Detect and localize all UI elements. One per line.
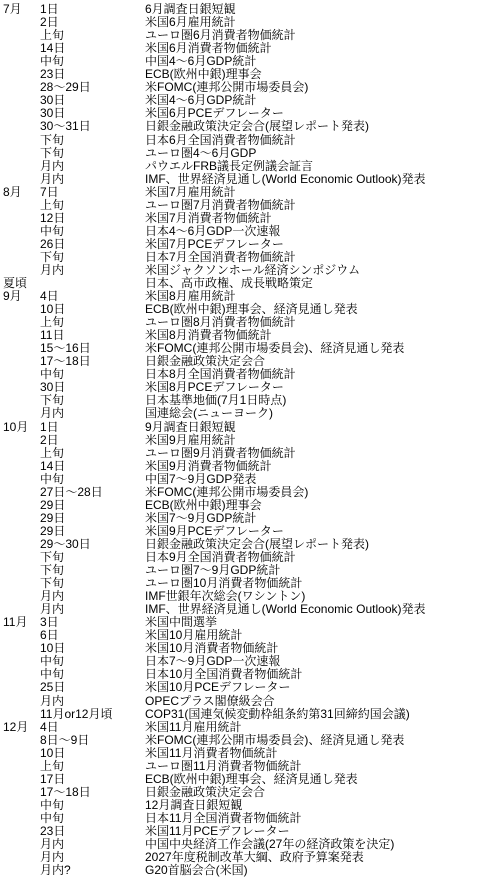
event-cell: G20首脳会合(米国) [145,861,248,877]
month-cell: 9月 [3,287,40,304]
month-cell: 11月 [3,613,40,630]
economic-calendar-table: 7月 1日 6月調査日銀短観 2日 米国6月雇用統計 上旬 ユーロ圏6月消費者物… [0,0,480,876]
table-row: 月内? G20首脳会合(米国) [3,863,480,876]
month-cell: 12月 [3,718,40,735]
month-cell: 8月 [3,183,40,200]
date-cell: 月内? [40,861,145,877]
date-cell: 月内 [40,261,145,278]
month-cell: 7月 [3,0,40,17]
month-cell: 10月 [3,418,40,435]
